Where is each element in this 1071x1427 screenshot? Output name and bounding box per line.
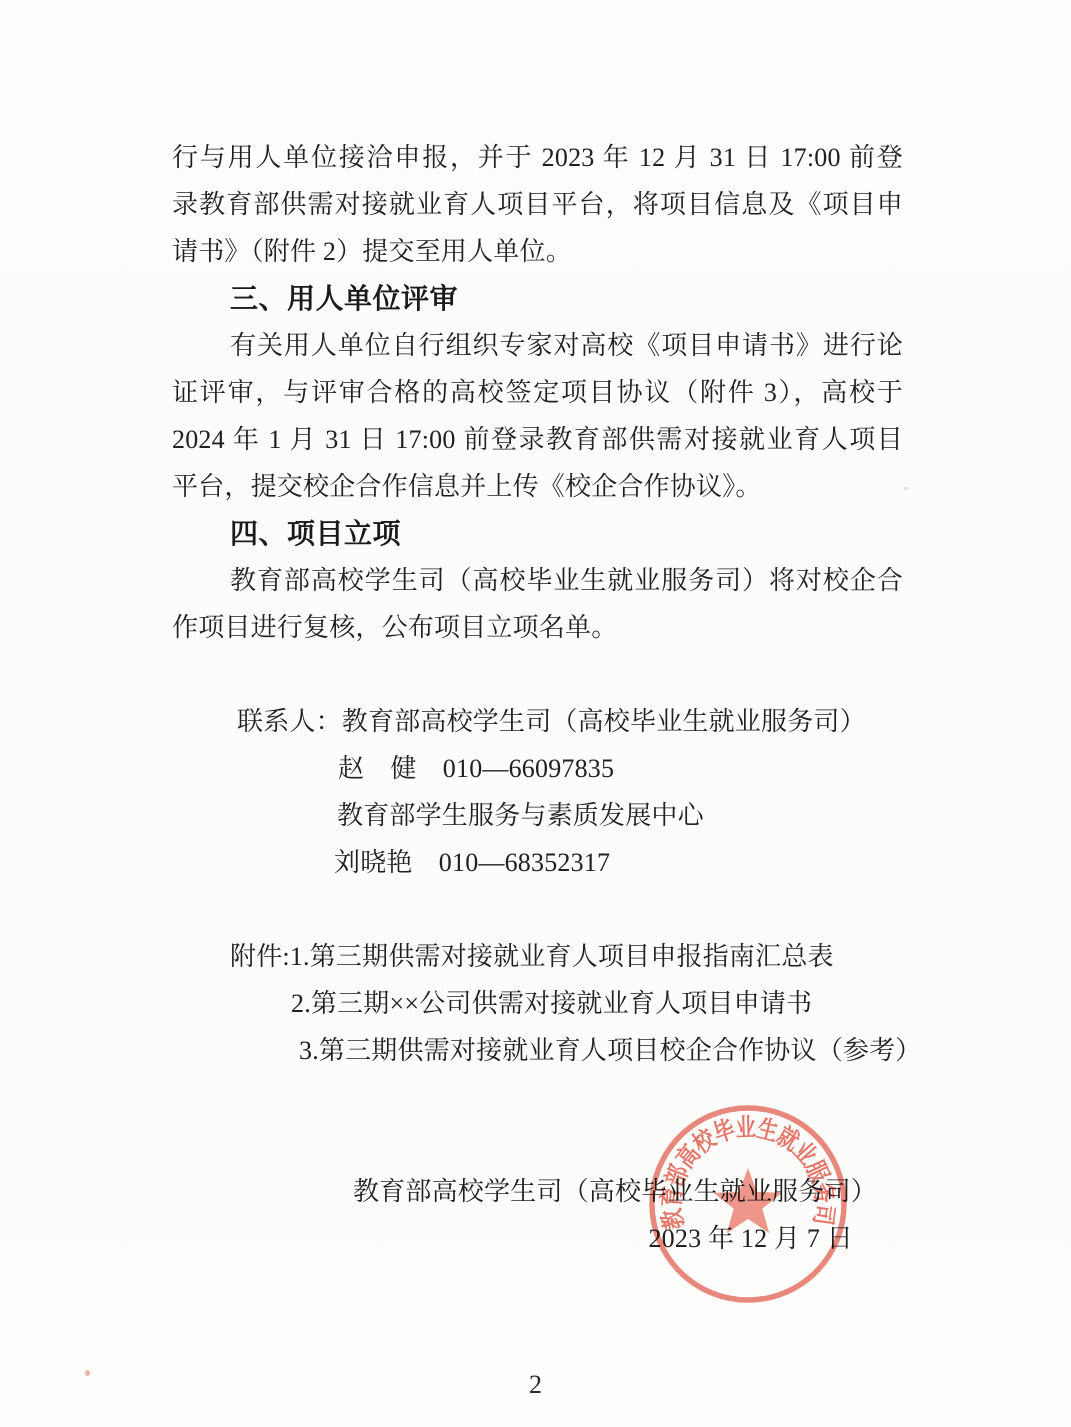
official-seal: 教育部高校毕业生就业服务司 — [648, 1104, 848, 1304]
body-line: 作项目进行复核，公布项目立项名单。 — [172, 604, 617, 651]
contact-line: 教育部学生服务与素质发展中心 — [337, 792, 704, 839]
body-line: 证评审，与评审合格的高校签定项目协议（附件 3），高校于 — [172, 369, 903, 416]
body-line: 平台，提交校企合作信息并上传《校企合作协议》。 — [172, 463, 762, 510]
body-line: 录教育部供需对接就业育人项目平台，将项目信息及《项目申 — [172, 181, 903, 228]
contact-line: 联系人：教育部高校学生司（高校毕业生就业服务司） — [237, 698, 866, 745]
contact-line: 刘晓艳 010—68352317 — [334, 839, 610, 886]
section-heading-4: 四、项目立项 — [230, 510, 401, 557]
contact-line: 赵 健 010—66097835 — [338, 745, 614, 792]
attachment-line: 3.第三期供需对接就业育人项目校企合作协议（参考） — [299, 1027, 922, 1074]
scan-artifact — [85, 1370, 90, 1376]
attachment-line: 附件:1.第三期供需对接就业育人项目申报指南汇总表 — [230, 933, 834, 980]
body-line: 行与用人单位接洽申报，并于 2023 年 12 月 31 日 17:00 前登 — [172, 134, 903, 181]
body-line: 有关用人单位自行组织专家对高校《项目申请书》进行论 — [230, 322, 903, 369]
page-number: 2 — [0, 1363, 1071, 1407]
section-heading-3: 三、用人单位评审 — [230, 275, 458, 322]
seal-star-icon — [714, 1168, 782, 1233]
scan-artifact — [903, 487, 909, 490]
body-line: 请书》（附件 2）提交至用人单位。 — [172, 228, 572, 275]
document-page: 行与用人单位接洽申报，并于 2023 年 12 月 31 日 17:00 前登 … — [0, 0, 1071, 1427]
body-line: 2024 年 1 月 31 日 17:00 前登录教育部供需对接就业育人项目 — [172, 416, 903, 463]
attachment-line: 2.第三期××公司供需对接就业育人项目申请书 — [291, 980, 812, 1027]
body-line: 教育部高校学生司（高校毕业生就业服务司）将对校企合 — [230, 557, 903, 604]
